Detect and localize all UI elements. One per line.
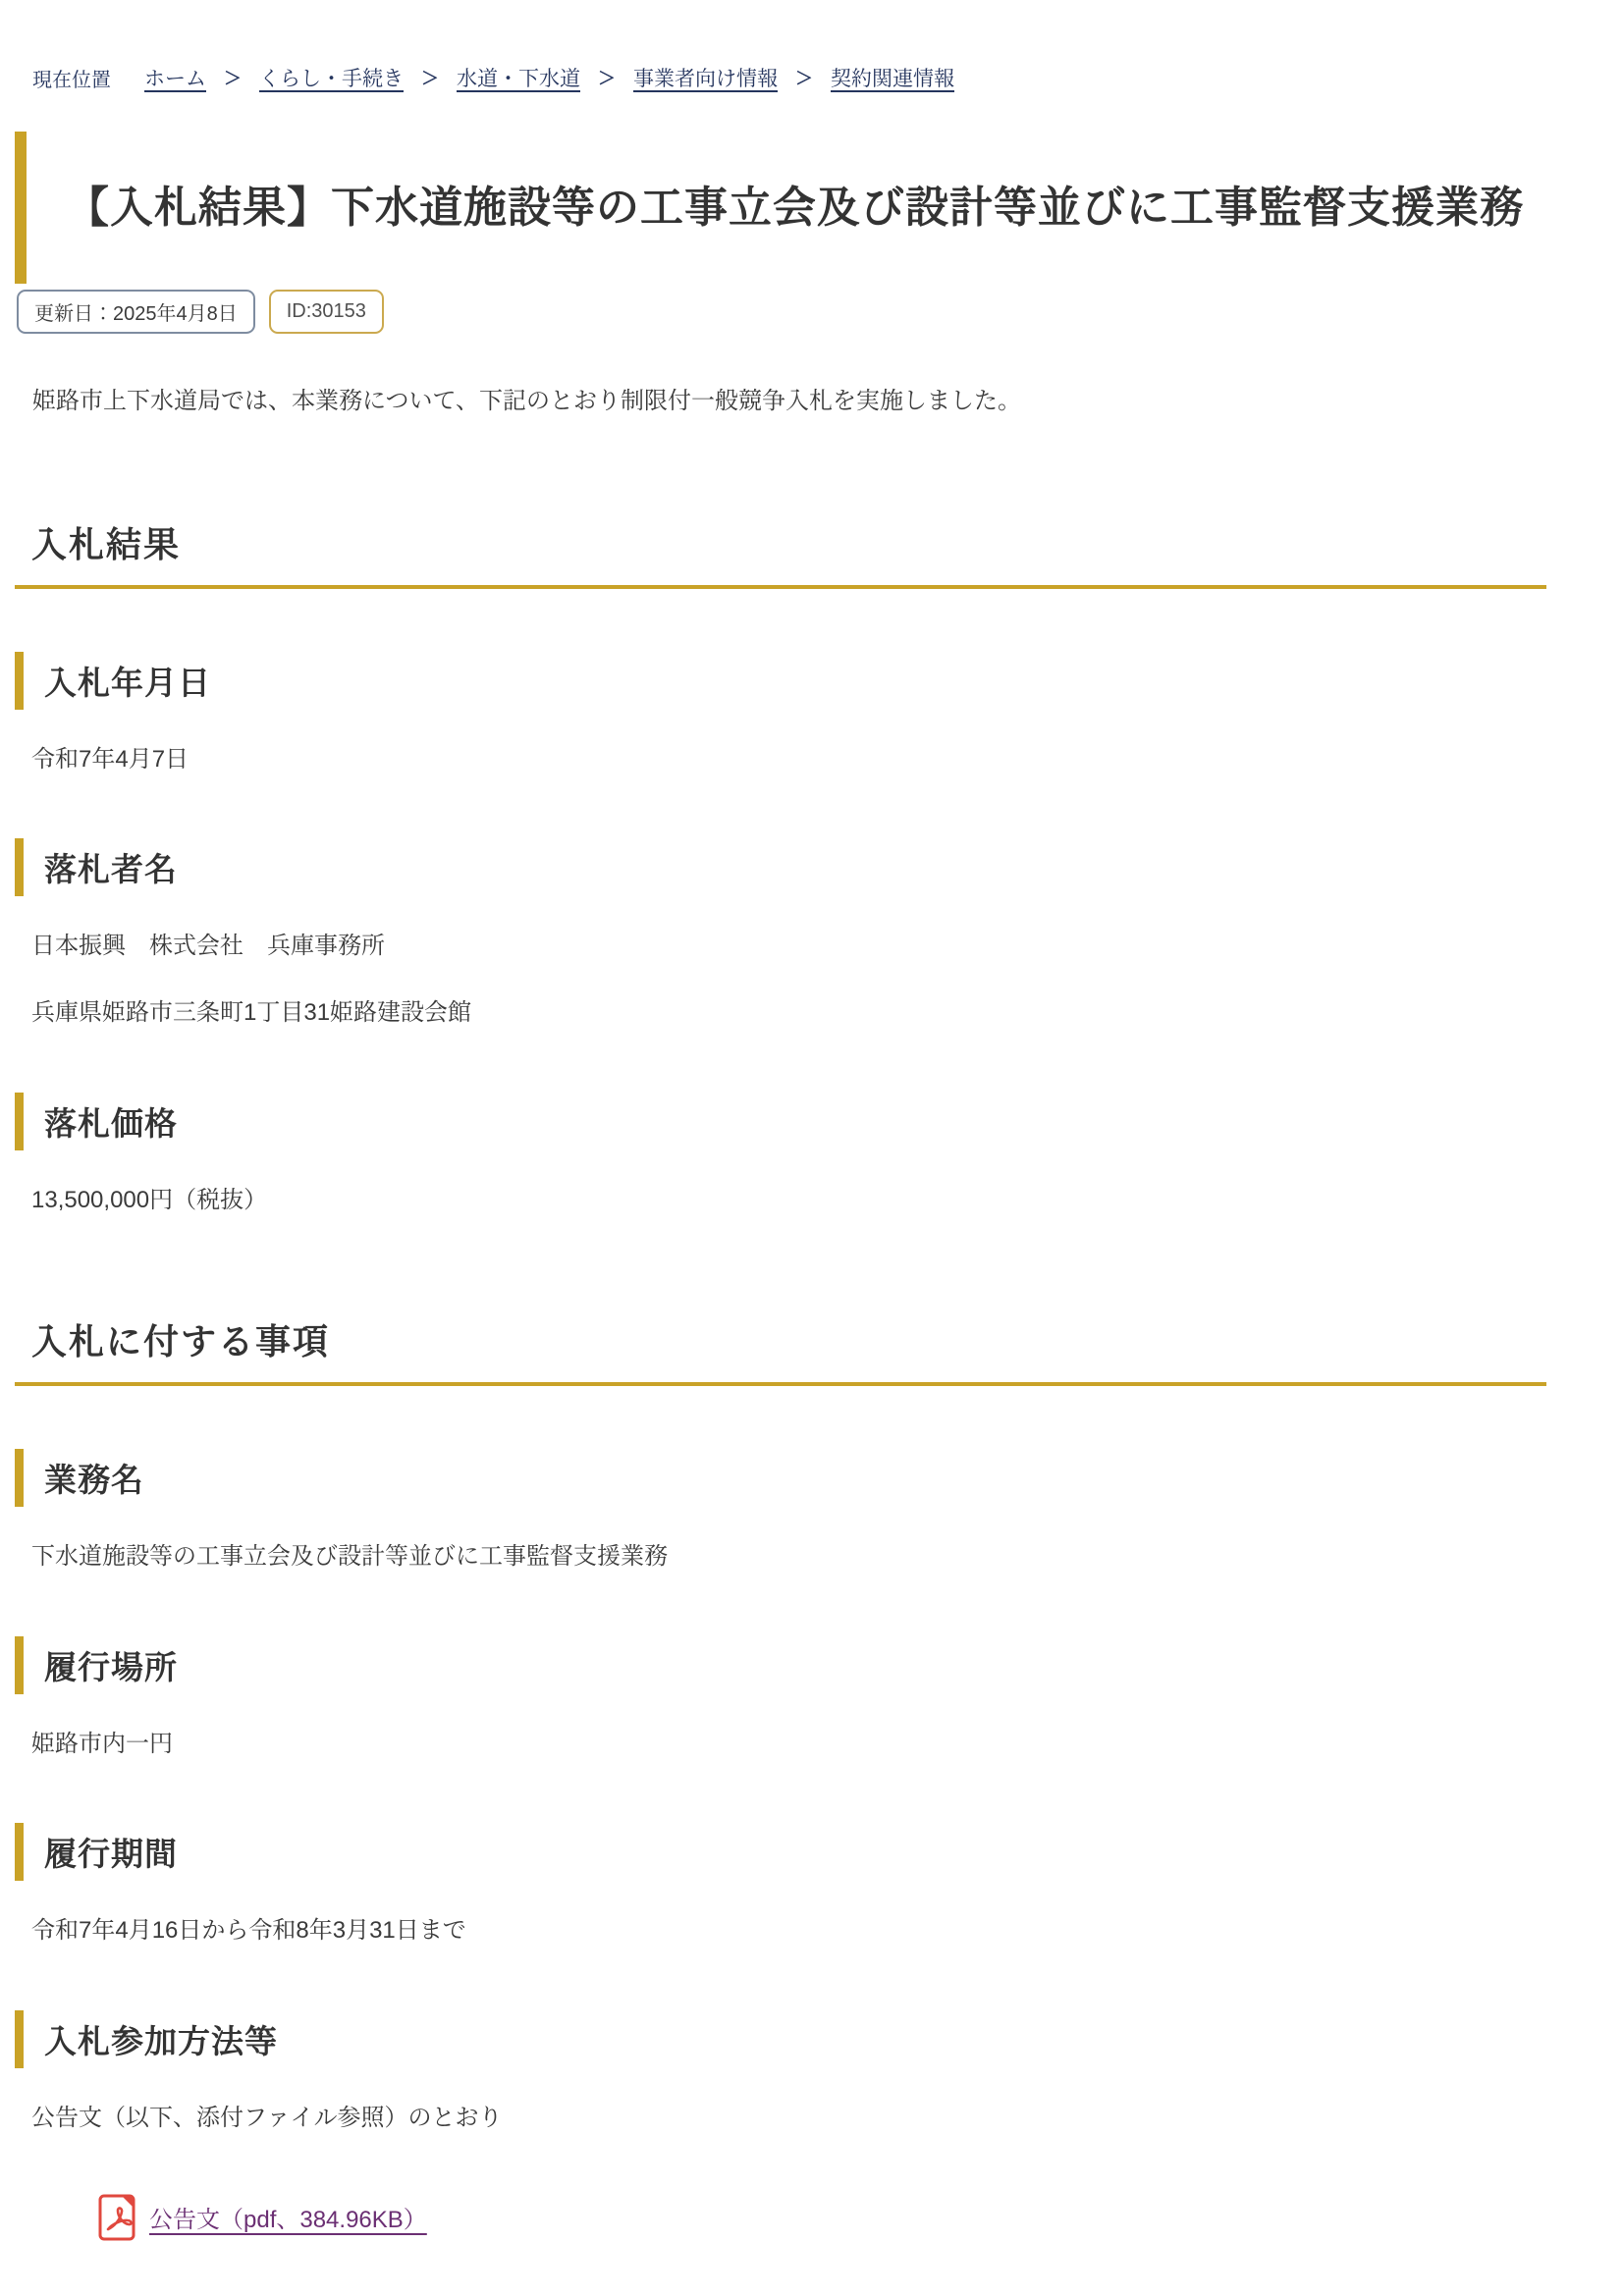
- item-performance-place: 履行場所 姫路市内一円: [15, 1636, 1564, 1761]
- breadcrumb-link-home[interactable]: ホーム: [144, 63, 206, 92]
- meta-badges: 更新日：2025年4月8日 ID:30153: [17, 290, 1564, 334]
- item-heading-work-name: 業務名: [15, 1449, 1564, 1507]
- section-bid-result: 入札結果 入札年月日 令和7年4月7日 落札者名 日本振興 株式会社 兵庫事務所…: [15, 517, 1564, 1216]
- breadcrumb-link-jigyosha-joho[interactable]: 事業者向け情報: [633, 63, 778, 92]
- item-performance-period: 履行期間 令和7年4月16日から令和8年3月31日まで: [15, 1823, 1564, 1948]
- breadcrumb-current-label: 現在位置: [32, 64, 111, 92]
- item-work-name: 業務名 下水道施設等の工事立会及び設計等並びに工事監督支援業務: [15, 1449, 1564, 1574]
- item-text-performance-period: 令和7年4月16日から令和8年3月31日まで: [31, 1914, 1564, 1948]
- item-text-winning-price: 13,500,000円（税抜）: [31, 1184, 1564, 1217]
- item-text-winner-address: 兵庫県姫路市三条町1丁目31姫路建設会館: [31, 996, 1564, 1030]
- item-heading-performance-period: 履行期間: [15, 1823, 1564, 1881]
- breadcrumb-link-kurashi-tetsuzuki[interactable]: くらし・手続き: [259, 63, 404, 92]
- chevron-right-icon: ＞: [598, 65, 616, 90]
- item-heading-winner-name: 落札者名: [15, 838, 1564, 896]
- chevron-right-icon: ＞: [421, 65, 439, 90]
- section-bid-matters: 入札に付する事項 業務名 下水道施設等の工事立会及び設計等並びに工事監督支援業務…: [15, 1314, 1564, 2134]
- page-id-badge: ID:30153: [269, 290, 384, 334]
- section-heading-bid-result: 入札結果: [31, 517, 1564, 567]
- item-text-winner-company: 日本振興 株式会社 兵庫事務所: [31, 930, 1564, 963]
- chevron-right-icon: ＞: [795, 65, 813, 90]
- section-divider: [15, 585, 1546, 589]
- item-text-participation-method: 公告文（以下、添付ファイル参照）のとおり: [31, 2102, 1564, 2135]
- intro-text: 姫路市上下水道局では、本業務について、下記のとおり制限付一般競争入札を実施しまし…: [32, 385, 1564, 419]
- pdf-file-icon: [98, 2194, 135, 2241]
- item-bid-date: 入札年月日 令和7年4月7日: [15, 652, 1564, 776]
- item-heading-winning-price: 落札価格: [15, 1093, 1564, 1150]
- item-winner-name: 落札者名 日本振興 株式会社 兵庫事務所 兵庫県姫路市三条町1丁目31姫路建設会…: [15, 838, 1564, 1029]
- item-text-performance-place: 姫路市内一円: [31, 1728, 1564, 1761]
- page: 現在位置 ホーム ＞ くらし・手続き ＞ 水道・下水道 ＞ 事業者向け情報 ＞ …: [0, 0, 1623, 2296]
- breadcrumb: 現在位置 ホーム ＞ くらし・手続き ＞ 水道・下水道 ＞ 事業者向け情報 ＞ …: [32, 63, 1564, 92]
- item-text-bid-date: 令和7年4月7日: [31, 743, 1564, 776]
- chevron-right-icon: ＞: [224, 65, 242, 90]
- item-heading-bid-date: 入札年月日: [15, 652, 1564, 710]
- item-participation-method: 入札参加方法等 公告文（以下、添付ファイル参照）のとおり: [15, 2010, 1564, 2135]
- item-text-work-name: 下水道施設等の工事立会及び設計等並びに工事監督支援業務: [31, 1540, 1564, 1574]
- section-heading-bid-matters: 入札に付する事項: [31, 1314, 1564, 1364]
- item-winning-price: 落札価格 13,500,000円（税抜）: [15, 1093, 1564, 1217]
- attachment-row: 公告文（pdf、384.96KB）: [98, 2194, 1564, 2241]
- breadcrumb-link-suido-gesuido[interactable]: 水道・下水道: [457, 63, 580, 92]
- attachment-pdf-link[interactable]: 公告文（pdf、384.96KB）: [149, 2200, 427, 2234]
- page-title: 【入札結果】下水道施設等の工事立会及び設計等並びに工事監督支援業務: [15, 132, 1564, 284]
- breadcrumb-link-keiyaku-kanren[interactable]: 契約関連情報: [831, 63, 954, 92]
- updated-date-badge: 更新日：2025年4月8日: [17, 290, 255, 334]
- section-divider: [15, 1382, 1546, 1386]
- item-heading-performance-place: 履行場所: [15, 1636, 1564, 1694]
- item-heading-participation-method: 入札参加方法等: [15, 2010, 1564, 2068]
